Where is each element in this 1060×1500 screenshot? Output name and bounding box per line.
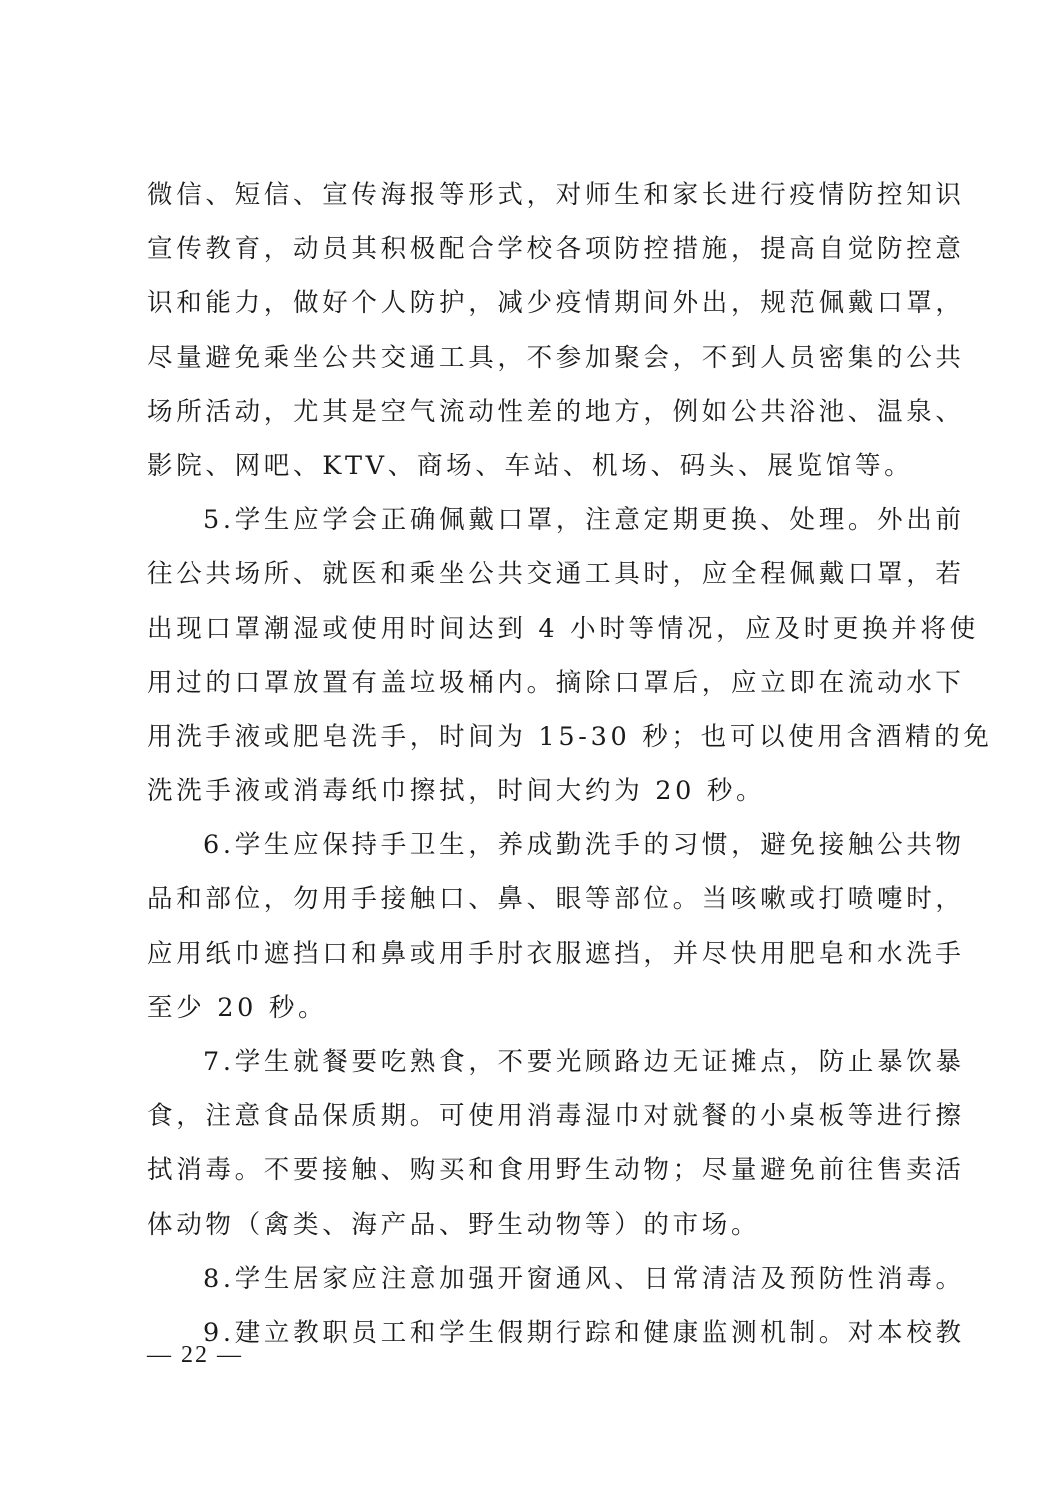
text-line: 微信、短信、宣传海报等形式，对师生和家长进行疫情防控知识: [147, 168, 922, 222]
text-line: 洗洗手液或消毒纸巾擦拭，时间大约为 20 秒。: [147, 764, 922, 818]
paragraph-7-food-safety: 7.学生就餐要吃熟食，不要光顾路边无证摊点，防止暴饮暴 食，注意食品保质期。可使…: [147, 1035, 922, 1252]
text-line: 用洗手液或肥皂洗手，时间为 15-30 秒；也可以使用含酒精的免: [147, 710, 922, 764]
text-line: 8.学生居家应注意加强开窗通风、日常清洁及预防性消毒。: [147, 1252, 922, 1306]
paragraph-8-ventilation: 8.学生居家应注意加强开窗通风、日常清洁及预防性消毒。: [147, 1252, 922, 1306]
text-line: 体动物（禽类、海产品、野生动物等）的市场。: [147, 1198, 922, 1252]
text-line: 应用纸巾遮挡口和鼻或用手肘衣服遮挡，并尽快用肥皂和水洗手: [147, 927, 922, 981]
text-line: 出现口罩潮湿或使用时间达到 4 小时等情况，应及时更换并将使: [147, 602, 922, 656]
text-line: 至少 20 秒。: [147, 981, 922, 1035]
text-line: 识和能力，做好个人防护，减少疫情期间外出，规范佩戴口罩，: [147, 276, 922, 330]
paragraph-4-continued: 微信、短信、宣传海报等形式，对师生和家长进行疫情防控知识 宣传教育，动员其积极配…: [147, 168, 922, 493]
text-line: 影院、网吧、KTV、商场、车站、机场、码头、展览馆等。: [147, 439, 922, 493]
paragraph-9-monitoring: 9.建立教职员工和学生假期行踪和健康监测机制。对本校教: [147, 1306, 922, 1360]
text-line: 5.学生应学会正确佩戴口罩，注意定期更换、处理。外出前: [147, 493, 922, 547]
text-line: 用过的口罩放置有盖垃圾桶内。摘除口罩后，应立即在流动水下: [147, 656, 922, 710]
text-line: 拭消毒。不要接触、购买和食用野生动物；尽量避免前往售卖活: [147, 1143, 922, 1197]
text-line: 场所活动，尤其是空气流动性差的地方，例如公共浴池、温泉、: [147, 385, 922, 439]
paragraph-6-hand-hygiene: 6.学生应保持手卫生，养成勤洗手的习惯，避免接触公共物 品和部位，勿用手接触口、…: [147, 818, 922, 1035]
document-page: 微信、短信、宣传海报等形式，对师生和家长进行疫情防控知识 宣传教育，动员其积极配…: [0, 0, 1060, 1500]
text-line: 9.建立教职员工和学生假期行踪和健康监测机制。对本校教: [147, 1306, 922, 1360]
text-line: 往公共场所、就医和乘坐公共交通工具时，应全程佩戴口罩，若: [147, 547, 922, 601]
text-line: 食，注意食品保质期。可使用消毒湿巾对就餐的小桌板等进行擦: [147, 1089, 922, 1143]
text-line: 宣传教育，动员其积极配合学校各项防控措施，提高自觉防控意: [147, 222, 922, 276]
document-body: 微信、短信、宣传海报等形式，对师生和家长进行疫情防控知识 宣传教育，动员其积极配…: [147, 168, 922, 1360]
text-line: 尽量避免乘坐公共交通工具，不参加聚会，不到人员密集的公共: [147, 331, 922, 385]
text-line: 品和部位，勿用手接触口、鼻、眼等部位。当咳嗽或打喷嚏时，: [147, 872, 922, 926]
text-line: 7.学生就餐要吃熟食，不要光顾路边无证摊点，防止暴饮暴: [147, 1035, 922, 1089]
text-line: 6.学生应保持手卫生，养成勤洗手的习惯，避免接触公共物: [147, 818, 922, 872]
page-number: — 22 —: [147, 1342, 243, 1369]
paragraph-5-masks: 5.学生应学会正确佩戴口罩，注意定期更换、处理。外出前 往公共场所、就医和乘坐公…: [147, 493, 922, 818]
